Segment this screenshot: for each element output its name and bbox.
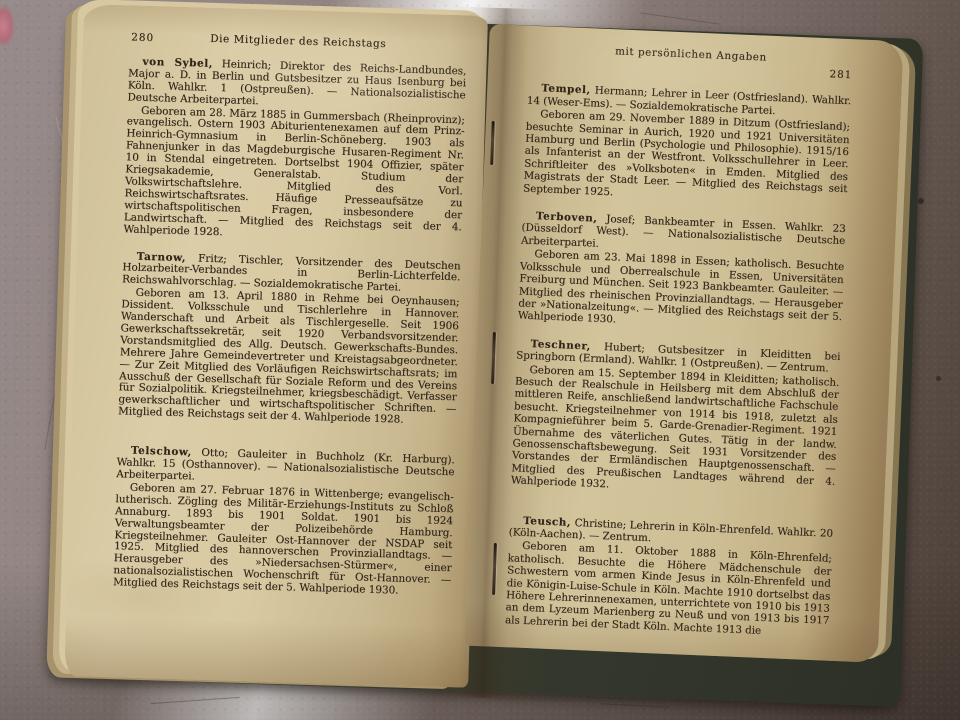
left-page-group: 280 Die Mitglieder des Reichstags von Sy… (64, 4, 488, 688)
right-page-group: mit persönlichen Angaben 281 Tempel, Her… (464, 24, 904, 663)
member-bio: Geboren am 11. Oktober 1888 in Köln-Ehre… (505, 540, 832, 640)
member-bio: Geboren am 15. September 1894 in Kleidit… (511, 363, 840, 501)
member-entry-teusch: Teusch, Christine; Lehrerin in Köln-Ehre… (505, 514, 833, 640)
running-header: Die Mitglieder des Reichstags (210, 33, 386, 50)
page-number: 281 (829, 68, 852, 81)
member-bio: Geboren am 28. März 1885 in Gummersbach … (123, 105, 465, 246)
member-entry-tarnow: Tarnow, Fritz; Tischler, Vorsitzender de… (118, 251, 461, 429)
member-bio: Geboren am 27. Februar 1876 in Wittenber… (113, 482, 454, 599)
left-page: 280 Die Mitglieder des Reichstags von Sy… (64, 4, 488, 688)
member-bio: Geboren am 29. November 1889 in Ditzum (… (523, 108, 850, 208)
member-entry-telschow: Telschow, Otto; Gauleiter in Buchholz (K… (113, 445, 455, 599)
right-page-header: mit persönlichen Angaben 281 (529, 42, 853, 68)
left-page-text: 280 Die Mitglieder des Reichstags von Sy… (112, 31, 467, 614)
member-entry-terboven: Terboven, Josef; Bankbeamter in Essen. W… (518, 210, 846, 336)
running-header: mit persönlichen Angaben (615, 45, 767, 63)
right-page: mit persönlichen Angaben 281 Tempel, Her… (464, 24, 904, 663)
left-page-header: 280 Die Mitglieder des Reichstags (129, 31, 467, 53)
page-number: 280 (131, 32, 154, 45)
right-page-text: mit persönlichen Angaben 281 Tempel, Her… (504, 42, 853, 655)
book-photo: { "book": { "title_context": "Die Mitgli… (0, 0, 960, 720)
member-entry-teschner: Teschner, Hubert; Gutsbesitzer in Kleidi… (511, 337, 841, 500)
member-bio: Geboren am 23. Mai 1898 in Essen; kathol… (518, 248, 845, 336)
member-entry-tempel: Tempel, Hermann; Lehrer in Leer (Ostfrie… (523, 82, 851, 208)
member-bio: Geboren am 13. April 1880 in Rehme bei O… (118, 287, 460, 428)
member-entry-von-sybel: von Sybel, Heinrich; Direktor des Reichs… (123, 56, 466, 246)
